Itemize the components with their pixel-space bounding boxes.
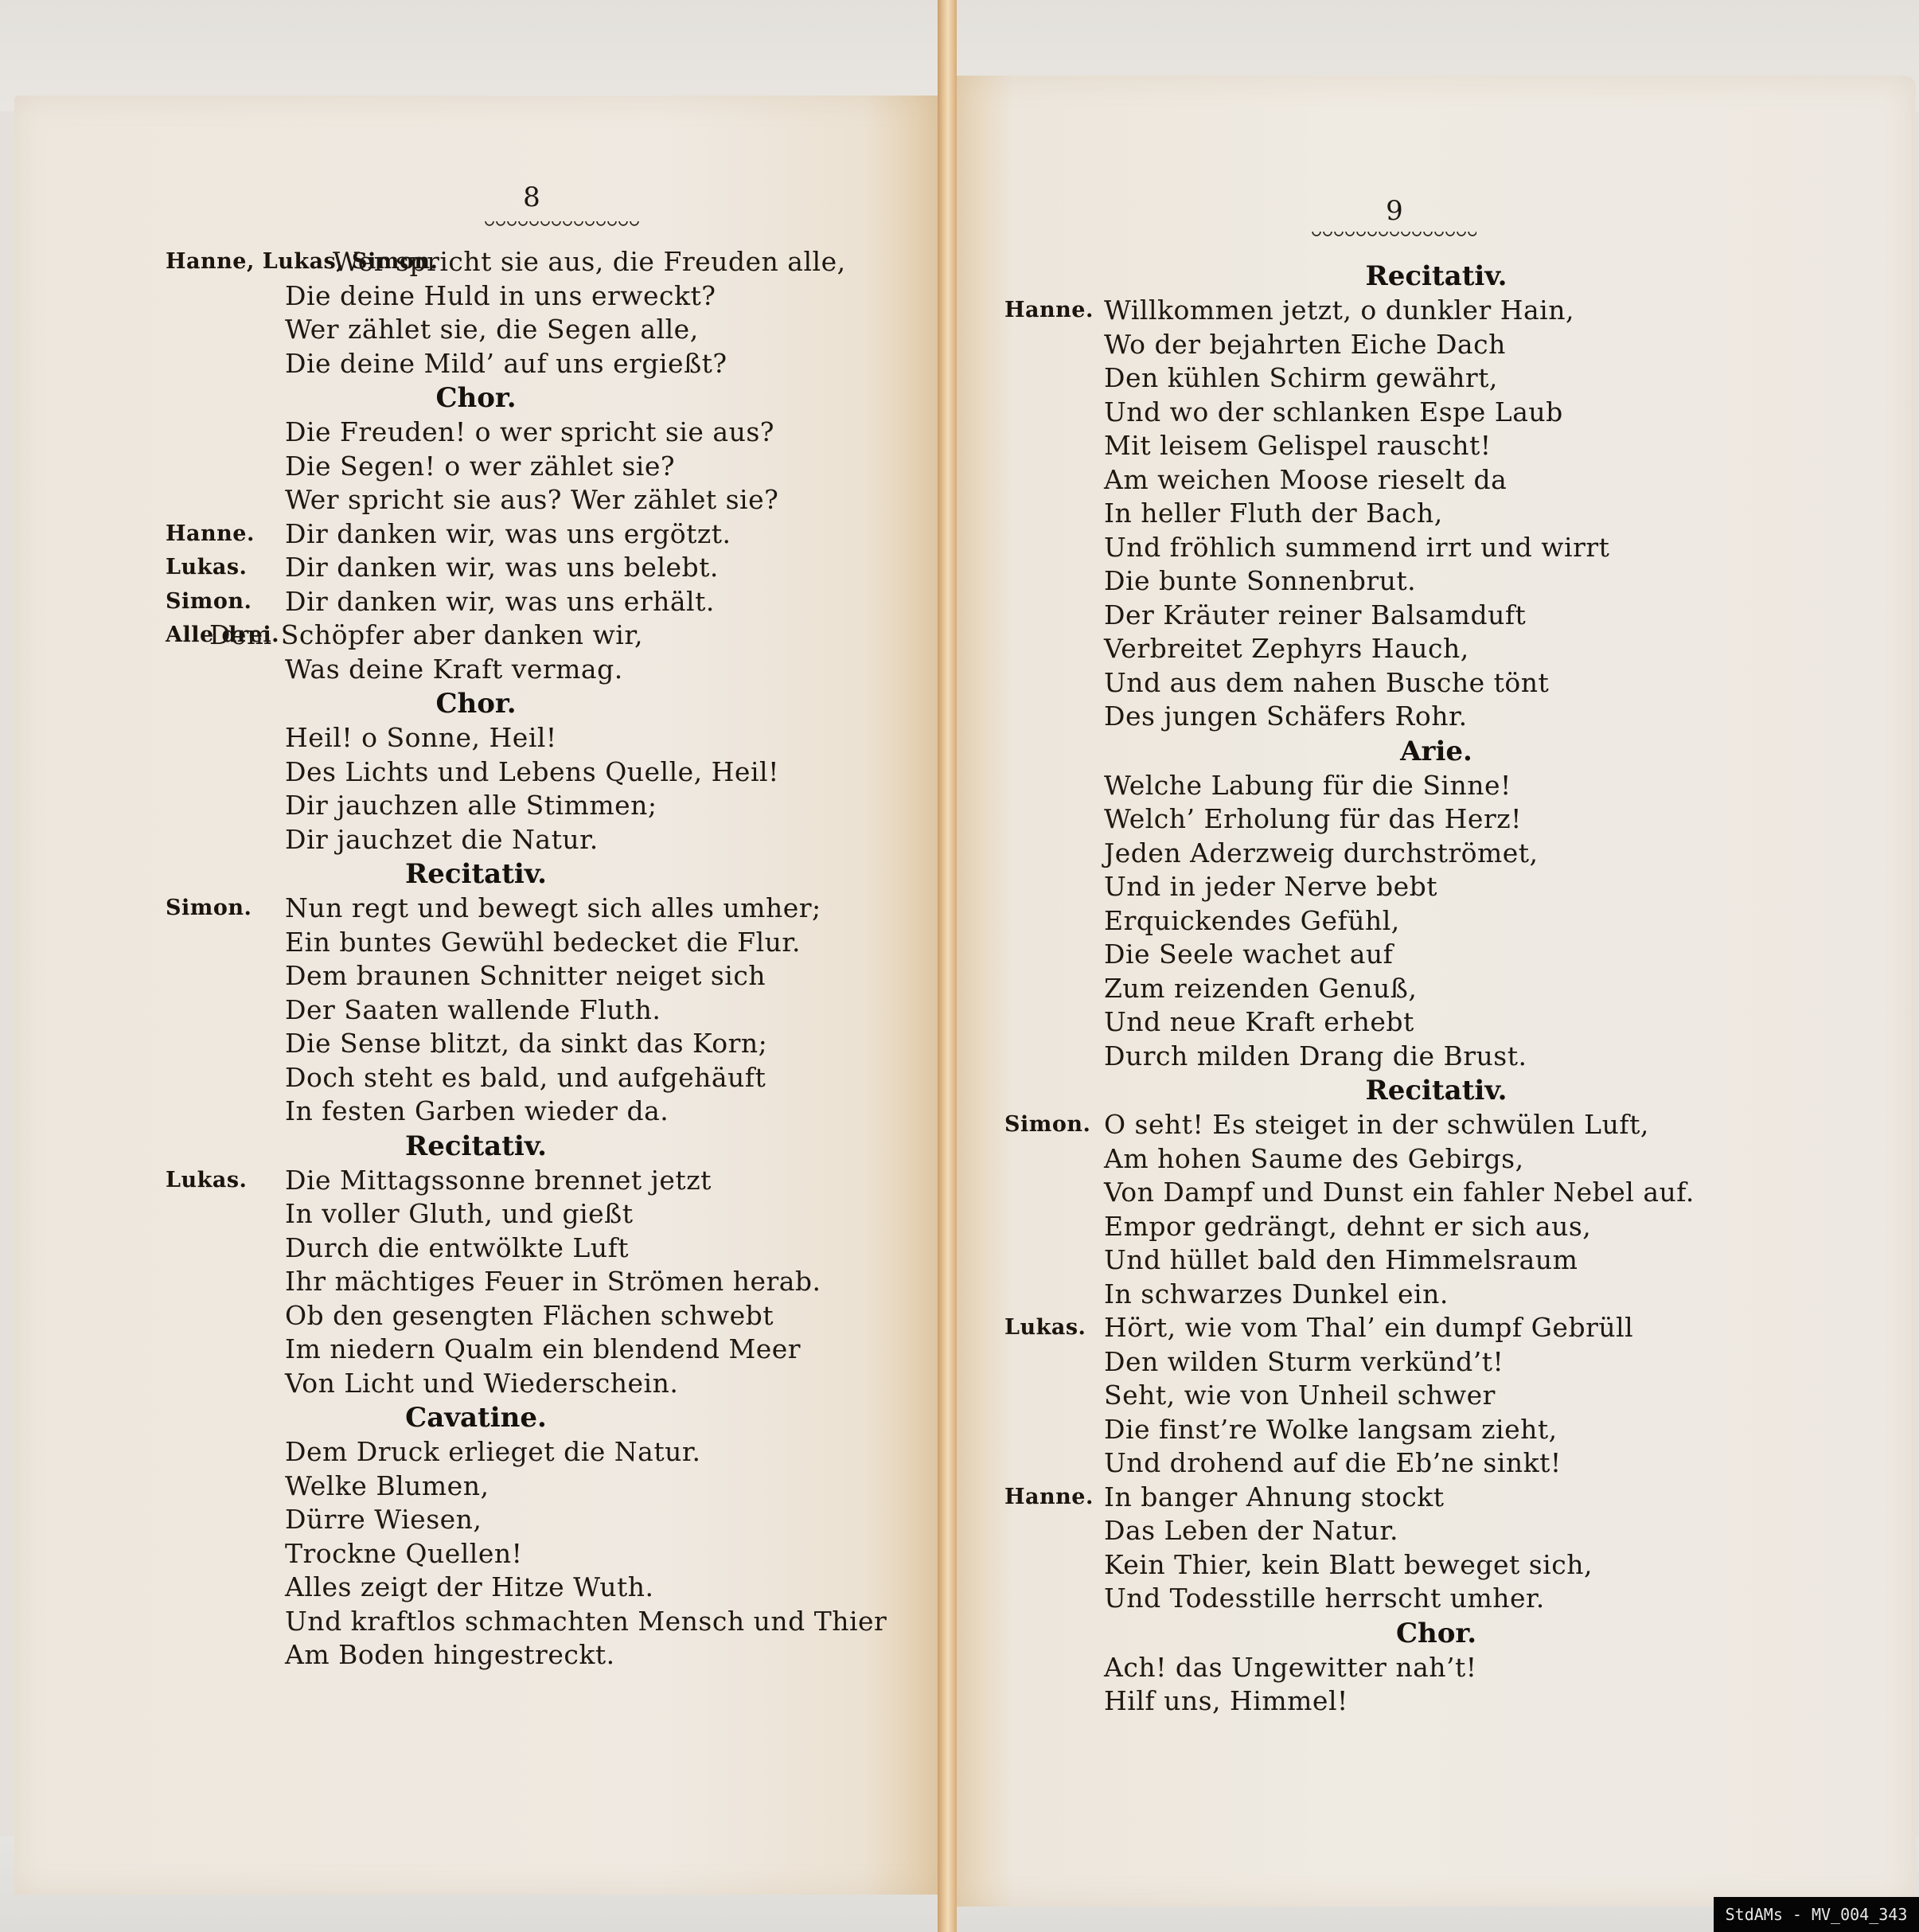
verse-line: Die Sense blitzt, da sinkt das Korn;	[14, 1027, 938, 1061]
section-heading: Chor.	[957, 1616, 1916, 1651]
page-number-left: 8	[484, 181, 579, 213]
verse-text: Durch die entwölkte Luft	[285, 1231, 629, 1266]
verse-text: Wer zählet sie, die Segen alle,	[285, 313, 699, 347]
verse-line: Kein Thier, kein Blatt beweget sich,	[957, 1548, 1916, 1583]
verse-line: Welche Labung für die Sinne!	[957, 769, 1916, 803]
verse-text: Ach! das Ungewitter nah’t!	[1104, 1651, 1477, 1685]
verse-text: Welche Labung für die Sinne!	[1104, 769, 1511, 803]
verse-line: Wo der bejahrten Eiche Dach	[957, 328, 1916, 362]
verse-text: Ob den gesengten Flächen schwebt	[285, 1299, 774, 1333]
verse-line: Dem braunen Schnitter neiget sich	[14, 959, 938, 993]
right-page-text: Recitativ.Hanne.Willkommen jetzt, o dunk…	[957, 259, 1916, 1719]
verse-text: Empor gedrängt, dehnt er sich aus,	[1104, 1210, 1591, 1244]
speaker-name: Hanne.	[1004, 294, 1094, 328]
verse-text: In schwarzes Dunkel ein.	[1104, 1278, 1449, 1312]
verse-line: Die Segen! o wer zählet sie?	[14, 450, 938, 484]
verse-text: Der Saaten wallende Fluth.	[285, 993, 661, 1028]
verse-line: Das Leben der Natur.	[957, 1514, 1916, 1548]
verse-line: Simon.O seht! Es steiget in der schwülen…	[957, 1108, 1916, 1142]
verse-text: Was deine Kraft vermag.	[285, 653, 623, 687]
verse-line: Lukas.Hört, wie vom Thal’ ein dumpf Gebr…	[957, 1311, 1916, 1345]
verse-text: Und hüllet bald den Himmelsraum	[1104, 1243, 1578, 1278]
page-number-right: 9	[1347, 195, 1442, 227]
verse-text: Seht, wie von Unheil schwer	[1104, 1379, 1496, 1413]
verse-text: Und fröhlich summend irrt und wirrt	[1104, 531, 1609, 565]
verse-line: Am weichen Moose rieselt da	[957, 463, 1916, 498]
verse-text: Dir jauchzen alle Stimmen;	[285, 789, 657, 823]
verse-text: Wer spricht sie aus, die Freuden alle,	[333, 245, 846, 279]
verse-text: Mit leisem Gelispel rauscht!	[1104, 429, 1492, 463]
verse-text: Von Dampf und Dunst ein fahler Nebel auf…	[1104, 1176, 1695, 1210]
ornamental-rule-left	[484, 221, 640, 229]
verse-text: Nun regt und bewegt sich alles umher;	[285, 892, 821, 926]
verse-line: Im niedern Qualm ein blendend Meer	[14, 1333, 938, 1367]
verse-line: Jeden Aderzweig durchströmet,	[957, 837, 1916, 871]
verse-text: Dir jauchzet die Natur.	[285, 823, 599, 857]
verse-text: Den wilden Sturm verkünd’t!	[1104, 1345, 1504, 1380]
verse-line: Empor gedrängt, dehnt er sich aus,	[957, 1210, 1916, 1244]
verse-line: Dir jauchzen alle Stimmen;	[14, 789, 938, 823]
verse-text: Wer spricht sie aus? Wer zählet sie?	[285, 483, 778, 517]
verse-line: Alle drei.Dem Schöpfer aber danken wir,	[14, 619, 938, 653]
verse-text: Und drohend auf die Eb’ne sinkt!	[1104, 1446, 1562, 1481]
verse-line: Die Seele wachet auf	[957, 938, 1916, 972]
verse-text: Welke Blumen,	[285, 1469, 489, 1504]
section-heading: Recitativ.	[14, 1129, 938, 1164]
verse-text: Im niedern Qualm ein blendend Meer	[285, 1333, 801, 1367]
verse-text: Hilf uns, Himmel!	[1104, 1684, 1348, 1719]
verse-text: Durch milden Drang die Brust.	[1104, 1040, 1527, 1074]
verse-text: Dem Druck erlieget die Natur.	[285, 1435, 700, 1469]
verse-line: Am Boden hingestreckt.	[14, 1638, 938, 1672]
verse-line: Die finst’re Wolke langsam zieht,	[957, 1413, 1916, 1447]
verse-line: Die bunte Sonnenbrut.	[957, 564, 1916, 599]
verse-text: Dem braunen Schnitter neiget sich	[285, 959, 766, 993]
verse-line: Dem Druck erlieget die Natur.	[14, 1435, 938, 1469]
verse-line: Die Freuden! o wer spricht sie aus?	[14, 416, 938, 450]
verse-line: Mit leisem Gelispel rauscht!	[957, 429, 1916, 463]
verse-text: Die Seele wachet auf	[1104, 938, 1393, 972]
speaker-name: Hanne.	[166, 517, 255, 552]
verse-text: Dir danken wir, was uns belebt.	[285, 551, 719, 585]
verse-line: Der Saaten wallende Fluth.	[14, 993, 938, 1028]
verse-line: Lukas.Dir danken wir, was uns belebt.	[14, 551, 938, 585]
section-heading: Recitativ.	[957, 259, 1916, 294]
speaker-name: Simon.	[1004, 1108, 1090, 1142]
verse-text: In voller Gluth, und gießt	[285, 1197, 634, 1231]
section-heading: Recitativ.	[14, 857, 938, 892]
verse-text: Die Sense blitzt, da sinkt das Korn;	[285, 1027, 767, 1061]
verse-text: In festen Garben wieder da.	[285, 1095, 669, 1129]
verse-text: Die bunte Sonnenbrut.	[1104, 564, 1416, 599]
verse-line: Doch steht es bald, und aufgehäuft	[14, 1061, 938, 1095]
verse-text: Ein buntes Gewühl bedecket die Flur.	[285, 926, 801, 960]
verse-text: Und aus dem nahen Busche tönt	[1104, 666, 1549, 701]
verse-text: Erquickendes Gefühl,	[1104, 904, 1400, 939]
verse-text: In banger Ahnung stockt	[1104, 1481, 1445, 1515]
verse-text: Dem Schöpfer aber danken wir,	[209, 619, 643, 653]
verse-line: Die deine Mild’ auf uns ergießt?	[14, 347, 938, 381]
verse-text: Hört, wie vom Thal’ ein dumpf Gebrüll	[1104, 1311, 1633, 1345]
verse-text: Und wo der schlanken Espe Laub	[1104, 396, 1563, 430]
book-spine	[938, 0, 957, 1932]
verse-text: Jeden Aderzweig durchströmet,	[1104, 837, 1539, 871]
verse-text: In heller Fluth der Bach,	[1104, 497, 1443, 531]
verse-text: Und in jeder Nerve bebt	[1104, 870, 1437, 904]
verse-text: Alles zeigt der Hitze Wuth.	[285, 1571, 654, 1605]
verse-text: Dürre Wiesen,	[285, 1503, 482, 1537]
verse-line: Verbreitet Zephyrs Hauch,	[957, 632, 1916, 666]
verse-text: Des jungen Schäfers Rohr.	[1104, 700, 1468, 734]
verse-line: Wer spricht sie aus? Wer zählet sie?	[14, 483, 938, 517]
verse-text: Ihr mächtiges Feuer in Strömen herab.	[285, 1265, 821, 1299]
verse-text: Und Todesstille herrscht umher.	[1104, 1582, 1545, 1616]
verse-line: Von Dampf und Dunst ein fahler Nebel auf…	[957, 1176, 1916, 1210]
verse-line: Den kühlen Schirm gewährt,	[957, 361, 1916, 396]
speaker-name: Lukas.	[166, 551, 247, 585]
speaker-name: Lukas.	[1004, 1311, 1086, 1345]
verse-text: Zum reizenden Genuß,	[1104, 972, 1417, 1006]
verse-line: Hanne.Willkommen jetzt, o dunkler Hain,	[957, 294, 1916, 328]
verse-line: Durch milden Drang die Brust.	[957, 1040, 1916, 1074]
verse-text: Die deine Huld in uns erweckt?	[285, 279, 716, 314]
verse-text: Doch steht es bald, und aufgehäuft	[285, 1061, 766, 1095]
verse-text: Willkommen jetzt, o dunkler Hain,	[1104, 294, 1574, 328]
verse-line: In heller Fluth der Bach,	[957, 497, 1916, 531]
verse-text: Wo der bejahrten Eiche Dach	[1104, 328, 1506, 362]
verse-line: Dürre Wiesen,	[14, 1503, 938, 1537]
verse-text: Die Mittagssonne brennet jetzt	[285, 1164, 712, 1198]
speaker-name: Simon.	[166, 585, 252, 619]
verse-line: Hilf uns, Himmel!	[957, 1684, 1916, 1719]
verse-text: Verbreitet Zephyrs Hauch,	[1104, 632, 1469, 666]
verse-line: Welke Blumen,	[14, 1469, 938, 1504]
verse-line: Und neue Kraft erhebt	[957, 1005, 1916, 1040]
verse-line: Des Lichts und Lebens Quelle, Heil!	[14, 755, 938, 790]
verse-line: In schwarzes Dunkel ein.	[957, 1278, 1916, 1312]
verse-line: Und fröhlich summend irrt und wirrt	[957, 531, 1916, 565]
speaker-name: Lukas.	[166, 1164, 247, 1198]
verse-text: Den kühlen Schirm gewährt,	[1104, 361, 1498, 396]
verse-text: Welch’ Erholung für das Herz!	[1104, 802, 1522, 837]
verse-line: Und aus dem nahen Busche tönt	[957, 666, 1916, 701]
verse-text: Trockne Quellen!	[285, 1537, 522, 1571]
verse-line: Alles zeigt der Hitze Wuth.	[14, 1571, 938, 1605]
verse-line: Trockne Quellen!	[14, 1537, 938, 1571]
verse-line: Den wilden Sturm verkünd’t!	[957, 1345, 1916, 1380]
verse-line: Wer zählet sie, die Segen alle,	[14, 313, 938, 347]
verse-text: Das Leben der Natur.	[1104, 1514, 1398, 1548]
verse-line: Des jungen Schäfers Rohr.	[957, 700, 1916, 734]
verse-line: Simon.Nun regt und bewegt sich alles umh…	[14, 892, 938, 926]
speaker-name: Hanne.	[1004, 1481, 1094, 1515]
verse-line: Die deine Huld in uns erweckt?	[14, 279, 938, 314]
verse-line: Und in jeder Nerve bebt	[957, 870, 1916, 904]
verse-line: Was deine Kraft vermag.	[14, 653, 938, 687]
verse-line: Erquickendes Gefühl,	[957, 904, 1916, 939]
verse-line: Durch die entwölkte Luft	[14, 1231, 938, 1266]
section-heading: Recitativ.	[957, 1073, 1916, 1108]
verse-text: Kein Thier, kein Blatt beweget sich,	[1104, 1548, 1593, 1583]
verse-line: Heil! o Sonne, Heil!	[14, 721, 938, 755]
verse-line: Am hohen Saume des Gebirgs,	[957, 1142, 1916, 1177]
verse-line: Simon.Dir danken wir, was uns erhält.	[14, 585, 938, 619]
verse-line: Dir jauchzet die Natur.	[14, 823, 938, 857]
verse-text: Am hohen Saume des Gebirgs,	[1104, 1142, 1524, 1177]
verse-line: Welch’ Erholung für das Herz!	[957, 802, 1916, 837]
verse-line: Ach! das Ungewitter nah’t!	[957, 1651, 1916, 1685]
verse-text: Von Licht und Wiederschein.	[285, 1367, 678, 1401]
verse-line: Ob den gesengten Flächen schwebt	[14, 1299, 938, 1333]
verse-text: Dir danken wir, was uns ergötzt.	[285, 517, 731, 552]
left-page: 8 Hanne, Lukas, Simon.Wer spricht sie au…	[14, 96, 938, 1895]
verse-line: Ihr mächtiges Feuer in Strömen herab.	[14, 1265, 938, 1299]
verse-line: Und kraftlos schmachten Mensch und Thier	[14, 1605, 938, 1639]
section-heading: Chor.	[14, 686, 938, 721]
ornamental-rule-right	[1311, 232, 1476, 240]
verse-line: Hanne.In banger Ahnung stockt	[957, 1481, 1916, 1515]
verse-text: Des Lichts und Lebens Quelle, Heil!	[285, 755, 779, 790]
verse-line: Und hüllet bald den Himmelsraum	[957, 1243, 1916, 1278]
verse-text: Am weichen Moose rieselt da	[1104, 463, 1507, 498]
verse-text: Heil! o Sonne, Heil!	[285, 721, 557, 755]
verse-line: Ein buntes Gewühl bedecket die Flur.	[14, 926, 938, 960]
verse-line: In festen Garben wieder da.	[14, 1095, 938, 1129]
section-heading: Chor.	[14, 381, 938, 416]
verse-text: Am Boden hingestreckt.	[285, 1638, 615, 1672]
verse-text: O seht! Es steiget in der schwülen Luft,	[1104, 1108, 1649, 1142]
verse-line: Und drohend auf die Eb’ne sinkt!	[957, 1446, 1916, 1481]
verse-line: Der Kräuter reiner Balsamduft	[957, 599, 1916, 633]
verse-text: Der Kräuter reiner Balsamduft	[1104, 599, 1526, 633]
verse-text: Die Freuden! o wer spricht sie aus?	[285, 416, 774, 450]
verse-line: Von Licht und Wiederschein.	[14, 1367, 938, 1401]
left-page-text: Hanne, Lukas, Simon.Wer spricht sie aus,…	[14, 245, 938, 1672]
verse-text: Und neue Kraft erhebt	[1104, 1005, 1414, 1040]
verse-text: Und kraftlos schmachten Mensch und Thier	[285, 1605, 887, 1639]
verse-line: Und Todesstille herrscht umher.	[957, 1582, 1916, 1616]
archive-label: StdAMs - MV_004_343	[1714, 1897, 1919, 1932]
verse-text: Die deine Mild’ auf uns ergießt?	[285, 347, 727, 381]
verse-text: Dir danken wir, was uns erhält.	[285, 585, 715, 619]
verse-line: Zum reizenden Genuß,	[957, 972, 1916, 1006]
verse-line: Hanne.Dir danken wir, was uns ergötzt.	[14, 517, 938, 552]
verse-text: Die finst’re Wolke langsam zieht,	[1104, 1413, 1558, 1447]
section-heading: Cavatine.	[14, 1400, 938, 1435]
verse-line: Hanne, Lukas, Simon.Wer spricht sie aus,…	[14, 245, 938, 279]
verse-text: Die Segen! o wer zählet sie?	[285, 450, 675, 484]
section-heading: Arie.	[957, 734, 1916, 769]
verse-line: In voller Gluth, und gießt	[14, 1197, 938, 1231]
right-page: 9 Recitativ.Hanne.Willkommen jetzt, o du…	[957, 76, 1916, 1907]
speaker-name: Simon.	[166, 892, 252, 926]
verse-line: Und wo der schlanken Espe Laub	[957, 396, 1916, 430]
verse-line: Lukas.Die Mittagssonne brennet jetzt	[14, 1164, 938, 1198]
verse-line: Seht, wie von Unheil schwer	[957, 1379, 1916, 1413]
